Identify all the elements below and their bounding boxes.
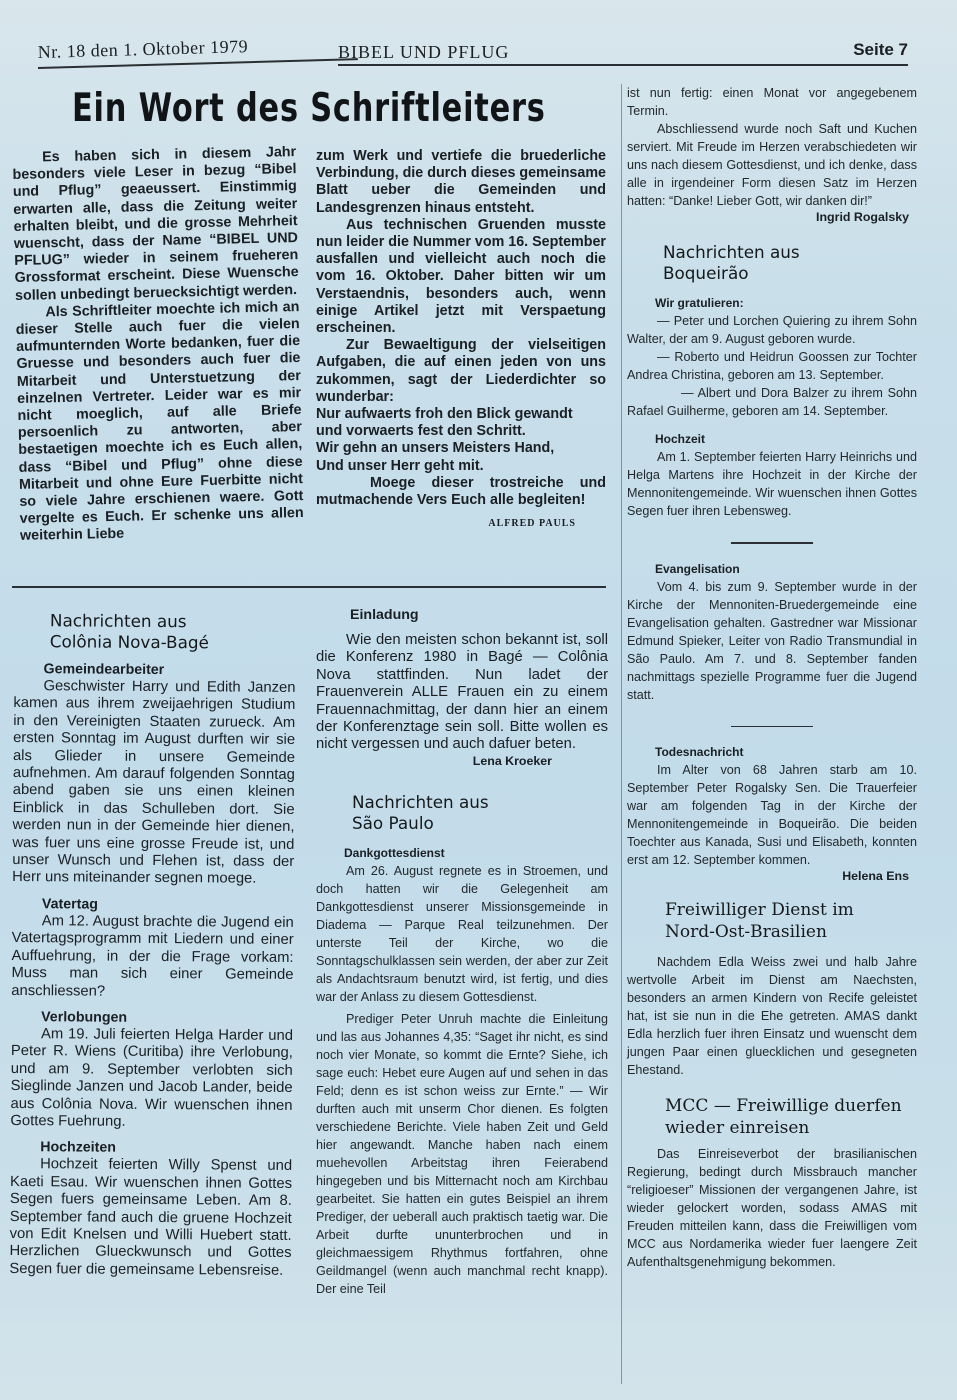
editorial-paragraph: Es haben sich in diesem Jahr besonders v… xyxy=(12,144,299,305)
section-title: Evangelisation xyxy=(627,560,917,578)
editorial-bottom-rule xyxy=(12,586,606,588)
heading-line: Nachrichten aus xyxy=(663,242,917,263)
mcc-heading: MCC — Freiwillige duerfen wieder einreis… xyxy=(627,1095,917,1139)
nova-bage-article: Nachrichten aus Colônia Nova-Bagé Gemein… xyxy=(9,610,296,1280)
page-header: Nr. 18 den 1. Oktober 1979 BIBEL UND PFL… xyxy=(38,34,918,66)
section-divider xyxy=(731,726,813,728)
editorial-author: ALFRED PAULS xyxy=(316,515,606,532)
section-title: Todesnachricht xyxy=(627,743,917,761)
section-title: Gemeindearbeiter xyxy=(14,660,296,680)
column-divider xyxy=(621,84,622,1384)
section-text: Am 26. August regnete es in Stroemen, un… xyxy=(316,862,608,1006)
heading-line: Nachrichten aus xyxy=(352,792,608,813)
heading-line: São Paulo xyxy=(352,813,608,834)
section-title: Dankgottesdienst xyxy=(316,844,608,862)
publication-title: BIBEL UND PFLUG xyxy=(338,42,509,63)
heading-line: Freiwilliger Dienst im xyxy=(665,899,917,921)
sao-paulo-heading: Nachrichten aus São Paulo xyxy=(316,792,608,834)
freiwilliger-heading: Freiwilliger Dienst im Nord-Ost-Brasilie… xyxy=(627,899,917,943)
einladung-author: Lena Kroeker xyxy=(316,754,608,768)
verse-line: und vorwaerts fest den Schritt. xyxy=(316,423,606,440)
heading-line: Colônia Nova-Bagé xyxy=(50,631,296,654)
einladung-text: Wie den meisten schon bekannt ist, soll … xyxy=(316,632,608,754)
editorial-paragraph: Zur Bewaeltigung der vielseitigen Aufgab… xyxy=(316,337,606,406)
section-title: Wir gratulieren: xyxy=(627,294,917,312)
heading-line: Boqueirão xyxy=(663,263,917,284)
continuation-text: Abschliessend wurde noch Saft und Kuchen… xyxy=(627,120,917,210)
freiwilliger-text: Nachdem Edla Weiss zwei und halb Jahre w… xyxy=(627,953,917,1079)
verse-line: Nur aufwaerts froh den Blick gewandt xyxy=(316,406,606,423)
nova-bage-heading: Nachrichten aus Colônia Nova-Bagé xyxy=(14,610,296,654)
editorial-column-2: zum Werk und vertiefe die bruederliche V… xyxy=(316,148,606,532)
congrats-item: — Roberto und Heidrun Goossen zur Tochte… xyxy=(627,348,917,384)
verse: Nur aufwaerts froh den Blick gewandt und… xyxy=(316,406,606,475)
section-text: Im Alter von 68 Jahren starb am 10. Sept… xyxy=(627,761,917,869)
continuation-author: Ingrid Rogalsky xyxy=(627,210,917,224)
section-divider xyxy=(731,542,813,544)
section-title: Hochzeit xyxy=(627,430,917,448)
newspaper-page: Nr. 18 den 1. Oktober 1979 BIBEL UND PFL… xyxy=(0,0,957,1400)
section-text: Am 19. Juli feierten Helga Harder und Pe… xyxy=(10,1026,293,1132)
mcc-text: Das Einreiseverbot der brasilianischen R… xyxy=(627,1145,917,1271)
header-rule xyxy=(338,64,908,66)
middle-column: Einladung Wie den meisten schon bekannt … xyxy=(316,606,608,1298)
verse-line: Und unser Herr geht mit. xyxy=(316,458,606,475)
heading-line: MCC — Freiwillige duerfen xyxy=(665,1095,917,1117)
section-text: Am 12. August brachte die Jugend ein Vat… xyxy=(11,913,294,1002)
continuation-text: ist nun fertig: einen Monat vor angegebe… xyxy=(627,84,917,120)
heading-line: wieder einreisen xyxy=(665,1117,917,1139)
heading-line: Nachrichten aus xyxy=(50,610,296,633)
congrats-item: — Albert und Dora Balzer zu ihrem Sohn R… xyxy=(627,384,917,420)
section-text: Am 1. September feierten Harry Heinrichs… xyxy=(627,448,917,520)
issue-date: Nr. 18 den 1. Oktober 1979 xyxy=(37,36,248,63)
right-column: ist nun fertig: einen Monat vor angegebe… xyxy=(627,84,917,1271)
heading-line: Nord-Ost-Brasilien xyxy=(665,921,917,943)
section-title: Vatertag xyxy=(12,895,294,915)
congrats-item: — Peter und Lorchen Quiering zu ihrem So… xyxy=(627,312,917,348)
section-text: Prediger Peter Unruh machte die Einleitu… xyxy=(316,1010,608,1298)
boqueirao-heading: Nachrichten aus Boqueirão xyxy=(627,242,917,284)
editorial-paragraph: Als Schriftleiter moechte ich mich an di… xyxy=(15,299,304,546)
einladung-title: Einladung xyxy=(316,606,608,624)
editorial-paragraph: zum Werk und vertiefe die bruederliche V… xyxy=(316,148,606,217)
section-text: Vom 4. bis zum 9. September wurde in der… xyxy=(627,578,917,704)
section-title: Verlobungen xyxy=(11,1008,293,1028)
section-text: Hochzeit feierten Willy Spenst und Kaeti… xyxy=(9,1156,292,1280)
editorial-column-1: Es haben sich in diesem Jahr besonders v… xyxy=(12,144,304,546)
page-number: Seite 7 xyxy=(853,40,908,60)
death-notice-author: Helena Ens xyxy=(627,869,917,883)
editorial-paragraph: Aus technischen Gruenden musste nun leid… xyxy=(316,217,606,337)
editorial-closing: Moege dieser trostreiche und mutmachende… xyxy=(316,475,606,509)
section-text: Geschwister Harry und Edith Janzen kamen… xyxy=(12,678,295,889)
section-title: Hochzeiten xyxy=(10,1138,292,1158)
editorial-title: Ein Wort des Schriftleiters xyxy=(72,86,546,131)
verse-line: Wir gehn an unsers Meisters Hand, xyxy=(316,440,606,457)
